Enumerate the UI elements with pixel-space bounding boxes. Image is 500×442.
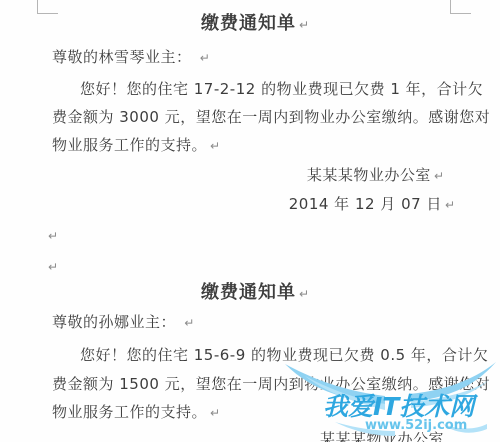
signature: 某某某物业办公室	[320, 431, 444, 442]
empty-paragraph-mark: ↵	[48, 229, 58, 243]
body-line-text: 物业服务工作的支持。	[52, 403, 207, 421]
paragraph-mark: ↵	[299, 18, 309, 32]
signature-text: 某某某物业办公室	[307, 166, 431, 184]
signature: 某某某物业办公室↵	[307, 167, 444, 185]
body-line-text: 物业服务工作的支持。	[52, 136, 207, 154]
document-page[interactable]: 缴费通知单↵ 尊敬的林雪琴业主： ↵ 您好！您的住宅 17-2-12 的物业费现…	[0, 0, 500, 442]
date-line: 2014 年 12 月 07 日↵	[289, 196, 455, 214]
text-boundary-mark-right	[450, 0, 471, 14]
notice-title: 缴费通知单↵	[0, 15, 500, 34]
notice-title-text: 缴费通知单	[201, 13, 296, 34]
salutation-text: 尊敬的林雪琴业主：	[52, 48, 192, 66]
notice-title: 缴费通知单↵	[0, 284, 500, 303]
body-line: 费金额为 3000 元，望您在一周内到物业办公室缴纳。感谢您对	[52, 109, 490, 126]
paragraph-mark: ↵	[210, 406, 220, 420]
paragraph-mark: ↵	[210, 139, 220, 153]
paragraph-mark: ↵	[434, 169, 444, 183]
body-line: 您好！您的住宅 17-2-12 的物业费现已欠费 1 年，合计欠	[80, 81, 483, 98]
salutation: 尊敬的林雪琴业主： ↵	[52, 49, 210, 67]
paragraph-mark: ↵	[200, 51, 210, 65]
salutation-text: 尊敬的孙娜业主：	[52, 313, 176, 331]
paragraph-mark: ↵	[184, 316, 194, 330]
notice-title-text: 缴费通知单	[201, 282, 296, 303]
paragraph-mark: ↵	[445, 198, 455, 212]
empty-paragraph-mark: ↵	[48, 260, 58, 274]
text-boundary-mark-left	[37, 0, 58, 14]
date-text: 2014 年 12 月 07 日	[289, 195, 442, 213]
paragraph-mark: ↵	[299, 287, 309, 301]
body-line: 您好！您的住宅 15-6-9 的物业费现已欠费 0.5 年，合计欠	[80, 347, 488, 364]
salutation: 尊敬的孙娜业主： ↵	[52, 314, 194, 332]
body-line: 费金额为 1500 元，望您在一周内到物业办公室缴纳。感谢您对	[52, 376, 490, 393]
body-line: 物业服务工作的支持。↵	[52, 404, 220, 422]
body-line: 物业服务工作的支持。↵	[52, 137, 220, 155]
